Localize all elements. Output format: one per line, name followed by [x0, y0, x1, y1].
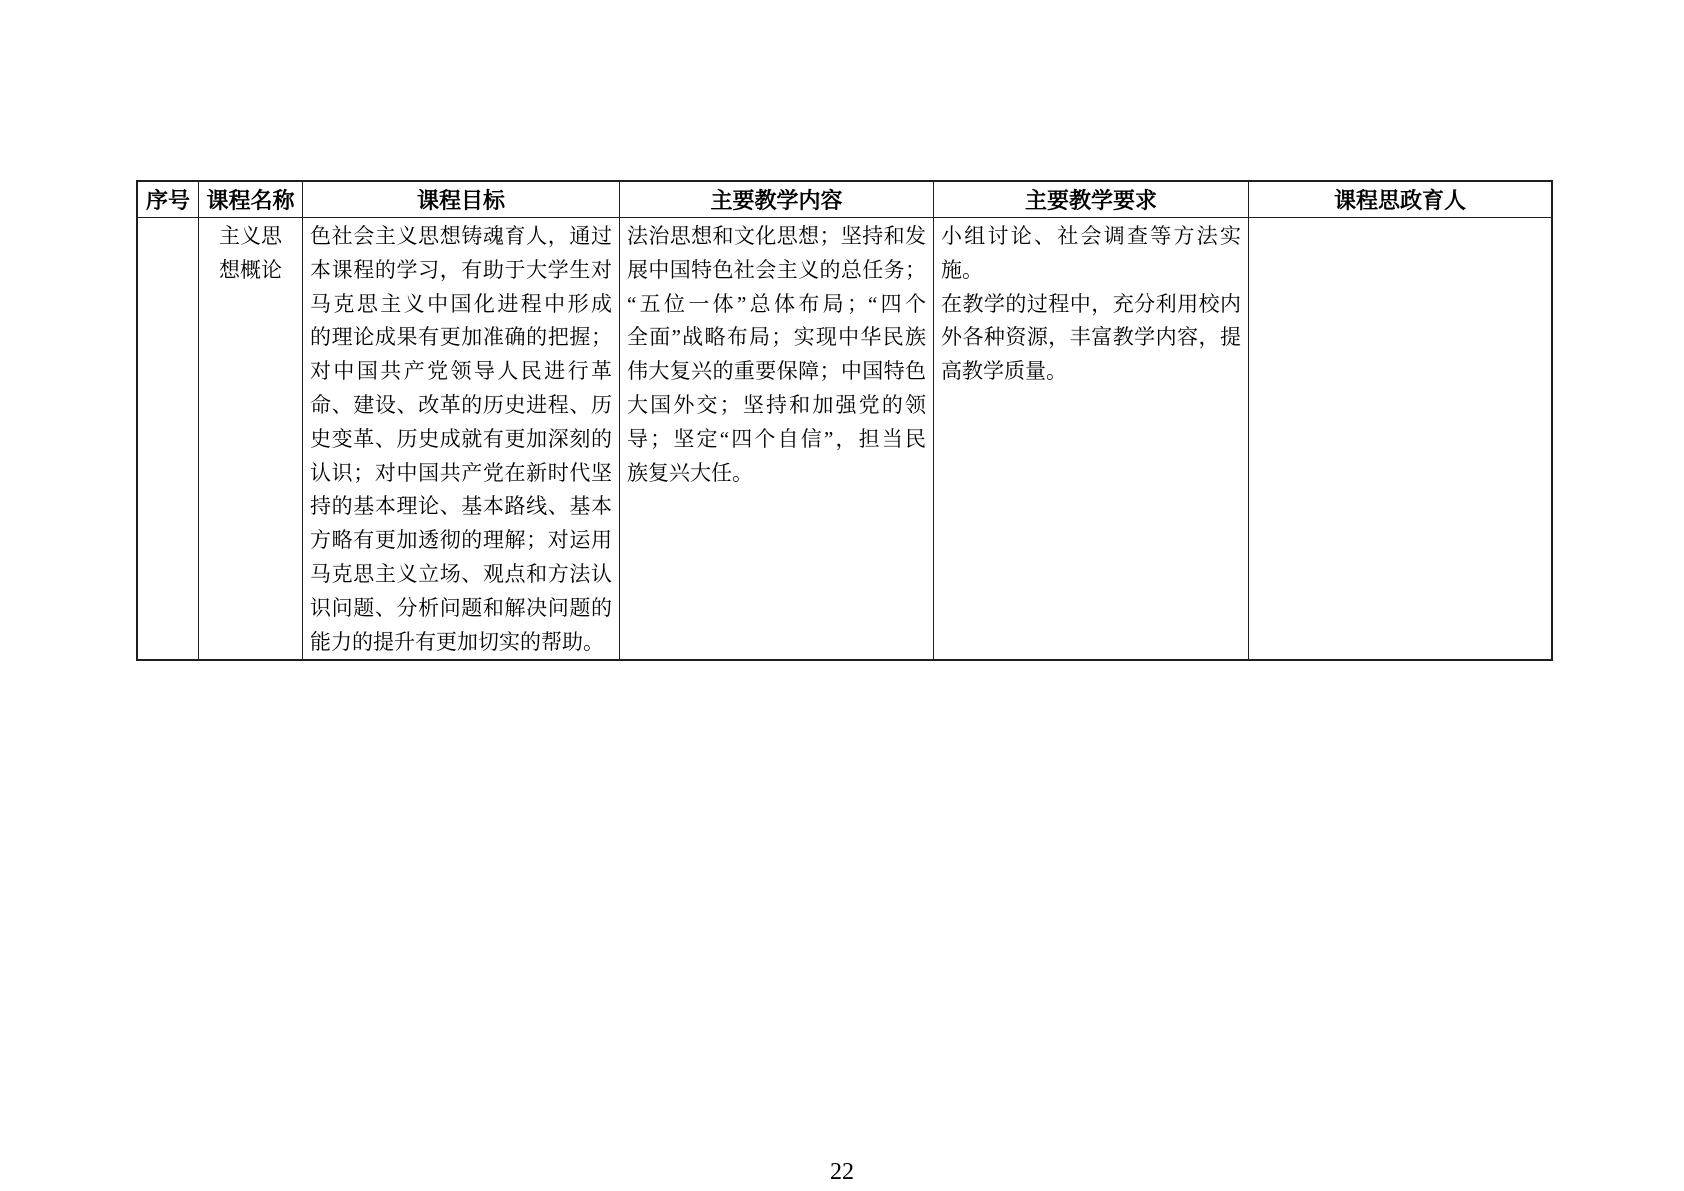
text-line: “五位一体”总体布局；“四个 — [627, 288, 926, 322]
text-line: 法治思想和文化思想；坚持和发 — [627, 220, 926, 254]
text-line: 伟大复兴的重要保障；中国特色 — [627, 355, 926, 389]
text-line: 马克思主义立场、观点和方法认 — [310, 558, 612, 592]
text-line: 导；坚定“四个自信”，担当民 — [627, 423, 926, 457]
header-cell-course-name: 课程名称 — [199, 182, 303, 217]
text-line: 外各种资源，丰富教学内容，提 — [941, 321, 1241, 355]
text-line: 能力的提升有更加切实的帮助。 — [310, 626, 612, 659]
text-line: 色社会主义思想铸魂育人，通过 — [310, 220, 612, 254]
document-page: 序号 课程名称 课程目标 主要教学内容 主要教学要求 课程思政育人 主义思想概论… — [0, 0, 1684, 1191]
text-line: 大国外交；坚持和加强党的领 — [627, 389, 926, 423]
text-line: 对中国共产党领导人民进行革 — [310, 355, 612, 389]
text-line: 族复兴大任。 — [627, 457, 926, 491]
text-line: 小组讨论、社会调查等方法实 — [941, 220, 1241, 254]
table-body-row: 主义思想概论 色社会主义思想铸魂育人，通过本课程的学习，有助于大学生对马克思主义… — [138, 218, 1551, 659]
table-header-row: 序号 课程名称 课程目标 主要教学内容 主要教学要求 课程思政育人 — [138, 182, 1551, 218]
text-line: 识问题、分析问题和解决问题的 — [310, 592, 612, 626]
text-line: 展中国特色社会主义的总任务； — [627, 254, 926, 288]
header-cell-objectives: 课程目标 — [303, 182, 620, 217]
text-line: 主义思 — [206, 220, 295, 254]
text-line: 在教学的过程中，充分利用校内 — [941, 288, 1241, 322]
cell-serial — [138, 218, 199, 659]
cell-ideology — [1249, 218, 1551, 659]
text-line: 认识；对中国共产党在新时代坚 — [310, 457, 612, 491]
text-line: 全面”战略布局；实现中华民族 — [627, 321, 926, 355]
text-line: 持的基本理论、基本路线、基本 — [310, 490, 612, 524]
text-line: 命、建设、改革的历史进程、历 — [310, 389, 612, 423]
text-line: 的理论成果有更加准确的把握； — [310, 321, 612, 355]
text-line: 方略有更加透彻的理解；对运用 — [310, 524, 612, 558]
text-line: 本课程的学习，有助于大学生对 — [310, 254, 612, 288]
cell-objectives: 色社会主义思想铸魂育人，通过本课程的学习，有助于大学生对马克思主义中国化进程中形… — [303, 218, 620, 659]
text-line: 史变革、历史成就有更加深刻的 — [310, 423, 612, 457]
page-number: 22 — [0, 1159, 1684, 1185]
course-table: 序号 课程名称 课程目标 主要教学内容 主要教学要求 课程思政育人 主义思想概论… — [136, 180, 1553, 661]
text-line: 施。 — [941, 254, 1241, 288]
text-line: 想概论 — [206, 254, 295, 288]
header-cell-ideology: 课程思政育人 — [1249, 182, 1551, 217]
text-line: 高教学质量。 — [941, 355, 1241, 389]
header-cell-teaching-requirements: 主要教学要求 — [934, 182, 1249, 217]
cell-teaching-content: 法治思想和文化思想；坚持和发展中国特色社会主义的总任务；“五位一体”总体布局；“… — [620, 218, 934, 659]
text-line: 马克思主义中国化进程中形成 — [310, 288, 612, 322]
cell-teaching-requirements: 小组讨论、社会调查等方法实施。在教学的过程中，充分利用校内外各种资源，丰富教学内… — [934, 218, 1249, 659]
cell-course-name: 主义思想概论 — [199, 218, 303, 659]
header-cell-serial: 序号 — [138, 182, 199, 217]
header-cell-teaching-content: 主要教学内容 — [620, 182, 934, 217]
